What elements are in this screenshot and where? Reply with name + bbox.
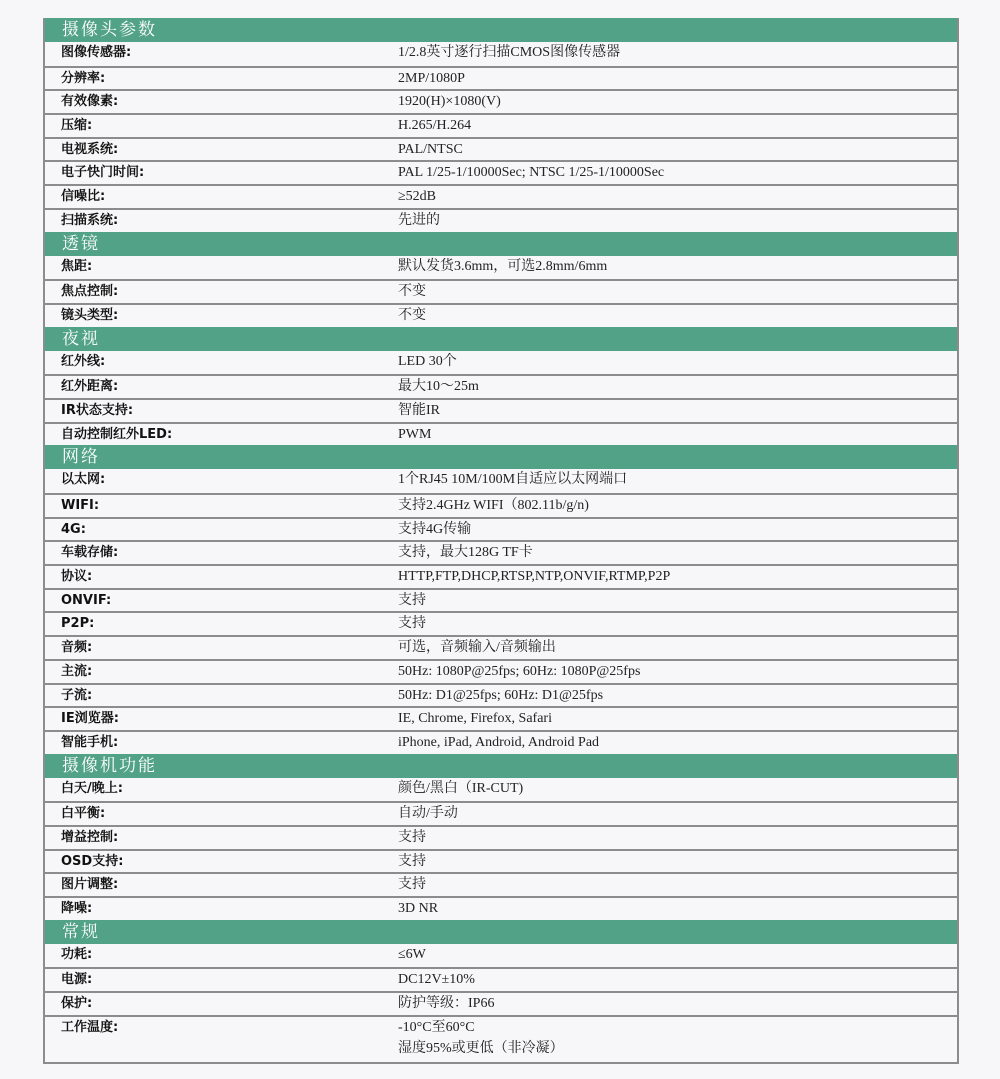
row-value: 智能IR bbox=[381, 400, 957, 422]
row-value: 支持 bbox=[381, 874, 957, 896]
row-value: 颜色/黑白（IR-CUT) bbox=[381, 778, 957, 802]
table-row: 降噪:3D NR bbox=[45, 896, 957, 920]
row-label: 有效像素: bbox=[45, 91, 381, 113]
section-header-network: 网络 bbox=[45, 445, 957, 469]
row-label: 增益控制: bbox=[45, 827, 381, 849]
row-value: HTTP,FTP,DHCP,RTSP,NTP,ONVIF,RTMP,P2P bbox=[381, 566, 957, 588]
table-row: IE浏览器:IE, Chrome, Firefox, Safari bbox=[45, 706, 957, 730]
row-value: 先进的 bbox=[381, 210, 957, 232]
table-row: 协议:HTTP,FTP,DHCP,RTSP,NTP,ONVIF,RTMP,P2P bbox=[45, 564, 957, 588]
row-value: 3D NR bbox=[381, 898, 957, 920]
row-value: 支持 bbox=[381, 590, 957, 612]
row-value: 最大10～25m bbox=[381, 376, 957, 398]
row-value: LED 30个 bbox=[381, 351, 957, 375]
row-value: 不变 bbox=[381, 281, 957, 303]
row-label: 图像传感器: bbox=[45, 42, 381, 66]
table-row: 功耗:≤6W bbox=[45, 944, 957, 968]
row-label: P2P: bbox=[45, 613, 381, 635]
section-header-camera-functions: 摄像机功能 bbox=[45, 754, 957, 778]
row-label: IE浏览器: bbox=[45, 708, 381, 730]
table-row: P2P:支持 bbox=[45, 611, 957, 635]
table-row: 音频:可选，音频输入/音频输出 bbox=[45, 635, 957, 659]
row-value: PWM bbox=[381, 424, 957, 446]
table-row: 焦点控制:不变 bbox=[45, 279, 957, 303]
row-label: WIFI: bbox=[45, 495, 381, 517]
section-header-general: 常规 bbox=[45, 920, 957, 944]
table-row: WIFI:支持2.4GHz WIFI（802.11b/g/n) bbox=[45, 493, 957, 517]
table-row: 压缩:H.265/H.264 bbox=[45, 113, 957, 137]
section-header-lens: 透镜 bbox=[45, 232, 957, 256]
row-value: 支持 bbox=[381, 827, 957, 849]
row-label: 协议: bbox=[45, 566, 381, 588]
row-value: 不变 bbox=[381, 305, 957, 327]
row-value: iPhone, iPad, Android, Android Pad bbox=[381, 732, 957, 754]
row-value: 默认发货3.6mm，可选2.8mm/6mm bbox=[381, 256, 957, 280]
row-value: 50Hz: D1@25fps; 60Hz: D1@25fps bbox=[381, 685, 957, 707]
row-label: 焦点控制: bbox=[45, 281, 381, 303]
row-label: IR状态支持: bbox=[45, 400, 381, 422]
row-label: 白平衡: bbox=[45, 803, 381, 825]
row-value: 2MP/1080P bbox=[381, 68, 957, 90]
table-row: 白天/晚上:颜色/黑白（IR-CUT) bbox=[45, 778, 957, 802]
row-label: 主流: bbox=[45, 661, 381, 683]
table-row: 扫描系统:先进的 bbox=[45, 208, 957, 232]
row-value: DC12V±10% bbox=[381, 969, 957, 991]
row-label: ONVIF: bbox=[45, 590, 381, 612]
section-header-night-vision: 夜视 bbox=[45, 327, 957, 351]
table-row: 分辨率:2MP/1080P bbox=[45, 66, 957, 90]
row-label: 分辨率: bbox=[45, 68, 381, 90]
row-label: 子流: bbox=[45, 685, 381, 707]
table-row: 电视系统:PAL/NTSC bbox=[45, 137, 957, 161]
row-label: 图片调整: bbox=[45, 874, 381, 896]
row-value: 自动/手动 bbox=[381, 803, 957, 825]
table-row: OSD支持:支持 bbox=[45, 849, 957, 873]
row-label: 降噪: bbox=[45, 898, 381, 920]
row-value: -10°C至60°C 湿度95%或更低（非冷凝） bbox=[381, 1017, 957, 1062]
row-value: 1个RJ45 10M/100M自适应以太网端口 bbox=[381, 469, 957, 493]
spec-table: 摄像头参数 图像传感器:1/2.8英寸逐行扫描CMOS图像传感器 分辨率:2MP… bbox=[43, 18, 959, 1064]
row-value-line-2: 湿度95%或更低（非冷凝） bbox=[398, 1038, 957, 1059]
row-label: OSD支持: bbox=[45, 851, 381, 873]
table-row: 图片调整:支持 bbox=[45, 872, 957, 896]
table-row: 主流:50Hz: 1080P@25fps; 60Hz: 1080P@25fps bbox=[45, 659, 957, 683]
row-label: 4G: bbox=[45, 519, 381, 541]
table-row: 白平衡:自动/手动 bbox=[45, 801, 957, 825]
row-value: 1920(H)×1080(V) bbox=[381, 91, 957, 113]
row-value: 支持 bbox=[381, 851, 957, 873]
row-label: 镜头类型: bbox=[45, 305, 381, 327]
row-value-line-1: -10°C至60°C bbox=[398, 1017, 957, 1038]
section-header-camera-params: 摄像头参数 bbox=[45, 18, 957, 42]
row-label: 压缩: bbox=[45, 115, 381, 137]
table-row: IR状态支持:智能IR bbox=[45, 398, 957, 422]
table-row: 以太网:1个RJ45 10M/100M自适应以太网端口 bbox=[45, 469, 957, 493]
row-label: 红外距离: bbox=[45, 376, 381, 398]
table-row: 镜头类型:不变 bbox=[45, 303, 957, 327]
row-value: H.265/H.264 bbox=[381, 115, 957, 137]
row-label: 保护: bbox=[45, 993, 381, 1015]
table-row: 红外距离:最大10～25m bbox=[45, 374, 957, 398]
row-value: 支持2.4GHz WIFI（802.11b/g/n) bbox=[381, 495, 957, 517]
row-value: 1/2.8英寸逐行扫描CMOS图像传感器 bbox=[381, 42, 957, 66]
table-row: 工作温度: -10°C至60°C 湿度95%或更低（非冷凝） bbox=[45, 1015, 957, 1062]
row-value: PAL 1/25-1/10000Sec; NTSC 1/25-1/10000Se… bbox=[381, 162, 957, 184]
table-row: 保护:防护等级：IP66 bbox=[45, 991, 957, 1015]
table-row: 有效像素:1920(H)×1080(V) bbox=[45, 89, 957, 113]
table-row: ONVIF:支持 bbox=[45, 588, 957, 612]
row-value: 支持4G传输 bbox=[381, 519, 957, 541]
row-label: 功耗: bbox=[45, 944, 381, 968]
table-row: 车载存储:支持，最大128G TF卡 bbox=[45, 540, 957, 564]
row-label: 自动控制红外LED: bbox=[45, 424, 381, 446]
table-row: 电子快门时间:PAL 1/25-1/10000Sec; NTSC 1/25-1/… bbox=[45, 160, 957, 184]
row-value: IE, Chrome, Firefox, Safari bbox=[381, 708, 957, 730]
table-row: 子流:50Hz: D1@25fps; 60Hz: D1@25fps bbox=[45, 683, 957, 707]
row-label: 焦距: bbox=[45, 256, 381, 280]
row-label: 工作温度: bbox=[45, 1017, 381, 1062]
table-row: 4G:支持4G传输 bbox=[45, 517, 957, 541]
row-label: 电源: bbox=[45, 969, 381, 991]
row-value: 防护等级：IP66 bbox=[381, 993, 957, 1015]
table-row: 焦距:默认发货3.6mm，可选2.8mm/6mm bbox=[45, 256, 957, 280]
row-value: PAL/NTSC bbox=[381, 139, 957, 161]
row-label: 扫描系统: bbox=[45, 210, 381, 232]
row-label: 白天/晚上: bbox=[45, 778, 381, 802]
row-value: 支持 bbox=[381, 613, 957, 635]
row-label: 音频: bbox=[45, 637, 381, 659]
row-label: 车载存储: bbox=[45, 542, 381, 564]
row-value: 支持，最大128G TF卡 bbox=[381, 542, 957, 564]
table-row: 增益控制:支持 bbox=[45, 825, 957, 849]
row-value: ≥52dB bbox=[381, 186, 957, 208]
table-row: 信噪比:≥52dB bbox=[45, 184, 957, 208]
table-row: 自动控制红外LED:PWM bbox=[45, 422, 957, 446]
row-label: 电子快门时间: bbox=[45, 162, 381, 184]
row-label: 以太网: bbox=[45, 469, 381, 493]
table-row: 图像传感器:1/2.8英寸逐行扫描CMOS图像传感器 bbox=[45, 42, 957, 66]
row-value: ≤6W bbox=[381, 944, 957, 968]
row-label: 智能手机: bbox=[45, 732, 381, 754]
row-value: 可选，音频输入/音频输出 bbox=[381, 637, 957, 659]
table-row: 红外线:LED 30个 bbox=[45, 351, 957, 375]
row-value: 50Hz: 1080P@25fps; 60Hz: 1080P@25fps bbox=[381, 661, 957, 683]
table-row: 电源:DC12V±10% bbox=[45, 967, 957, 991]
table-row: 智能手机:iPhone, iPad, Android, Android Pad bbox=[45, 730, 957, 754]
row-label: 电视系统: bbox=[45, 139, 381, 161]
row-label: 红外线: bbox=[45, 351, 381, 375]
row-label: 信噪比: bbox=[45, 186, 381, 208]
